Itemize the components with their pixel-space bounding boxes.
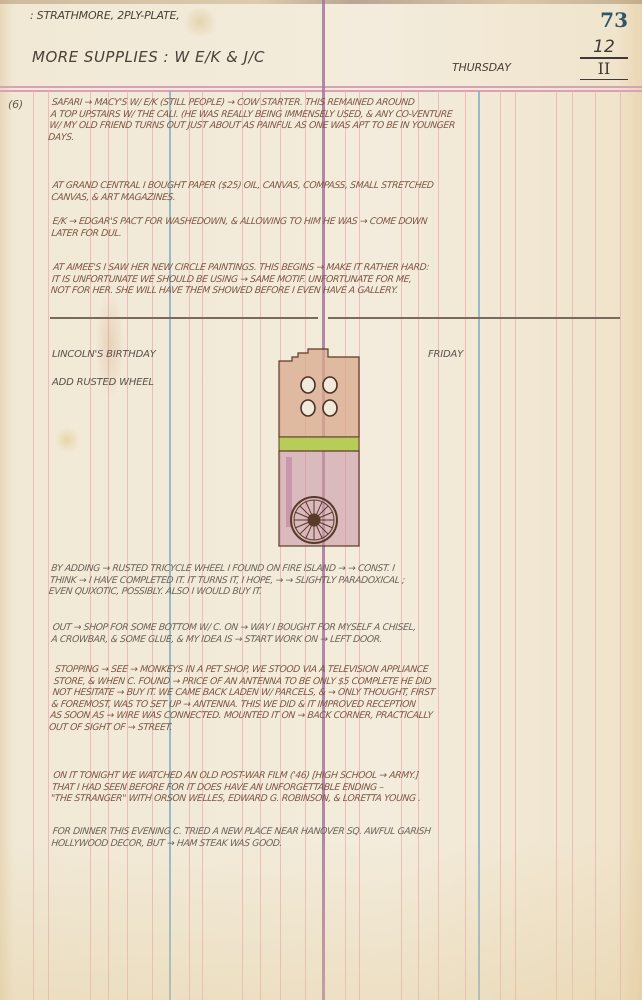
text-line: days. [48, 132, 455, 144]
entry-marker: (6) [8, 99, 23, 110]
paper-stain [180, 8, 220, 36]
page-top-edge [0, 0, 642, 4]
text-line: Hollywood decor, but → ham steak was goo… [51, 838, 430, 850]
thursday-paragraph-2: At Grand Central I bought paper ($25) oi… [51, 180, 434, 203]
day-label-thursday: Thursday [452, 62, 511, 73]
ruling-line [515, 91, 516, 1000]
text-line: At Grand Central I bought paper ($25) oi… [52, 180, 434, 192]
text-line: For dinner this evening C. tried a new p… [52, 826, 431, 838]
text-line: At Aimee's I saw her new Circle Painting… [53, 262, 430, 274]
text-line: not for her. She will have them showed b… [50, 285, 427, 297]
date-day: 12 [580, 38, 628, 56]
text-line: store, & when C. found → price of an ant… [53, 676, 437, 688]
supplies-note-line2: More supplies : w E/K & J/C [32, 50, 265, 65]
text-line: E/K → Edgar's pact for Washedown, & allo… [52, 216, 428, 228]
day-separator-left [50, 317, 318, 319]
text-line: It is unfortunate we should be using → s… [51, 274, 428, 286]
date-fraction: 12 II [580, 38, 628, 80]
text-line: Safari → Macy's w/ E/K (Still people) → … [51, 97, 458, 109]
text-line: "The Stranger" with Orson Welles, Edward… [50, 793, 421, 805]
text-line: a crowbar, & some glue, & my idea is → s… [51, 634, 415, 646]
thursday-paragraph-3: E/K → Edgar's pact for Washedown, & allo… [51, 216, 428, 239]
circle-window-icon [301, 400, 315, 416]
day-separator-right [328, 317, 620, 319]
header-double-rule-bottom [0, 90, 642, 92]
ruling-line [48, 91, 49, 1000]
text-line: as soon as → wire was connected. Mounted… [50, 710, 434, 722]
text-line: canvas, & art magazines. [51, 192, 433, 204]
ruling-line [500, 91, 501, 1000]
watercolor-sketch [278, 349, 360, 547]
ruling-line [556, 91, 557, 1000]
paper-stain [54, 428, 80, 452]
building-with-wheel-illustration [278, 349, 360, 547]
text-line: w/ my old friend turns out just about as… [49, 120, 456, 132]
thursday-paragraph-4: At Aimee's I saw her new Circle Painting… [50, 262, 429, 297]
circle-window-icon [301, 377, 315, 393]
text-line: not hesitate → buy it. We came back lade… [52, 687, 436, 699]
ruling-line [572, 91, 573, 1000]
ruling-line [465, 91, 466, 1000]
friday-paragraph-5: For dinner this evening C. tried a new p… [51, 826, 431, 849]
text-line: & foremost, was to set up → antenna. Thi… [51, 699, 435, 711]
supplies-note-line1: : Strathmore, 2ply-plate, [30, 10, 180, 21]
header-double-rule-top [0, 86, 642, 88]
text-line: even quixotic, possibly. Also I would bu… [48, 586, 404, 598]
friday-paragraph-2: Out → shop for some bottom w/ C. On → wa… [51, 622, 417, 645]
ruling-line [620, 91, 621, 1000]
friday-paragraph-4: On it tonight we watched an old post-war… [50, 770, 424, 805]
ruling-line [595, 91, 596, 1000]
text-line: think → I have completed it. It turns it… [49, 575, 405, 587]
building-upper-wash [279, 349, 359, 437]
task-note: Add Rusted Wheel [52, 378, 154, 388]
green-band [279, 437, 359, 451]
text-line: out of sight of → street. [48, 722, 432, 734]
text-line: Out → shop for some bottom w/ C. On → wa… [52, 622, 416, 634]
page-number: 73 [600, 8, 628, 32]
text-line: On it tonight we watched an old post-war… [53, 770, 424, 782]
text-line: That I had seen before for it does have … [51, 782, 422, 794]
notebook-page: : Strathmore, 2ply-plate, More supplies … [0, 0, 642, 1000]
text-line: A Top Upstairs w/ The Cali. (He was real… [50, 109, 457, 121]
text-line: By adding → rusted tricycle wheel I foun… [51, 563, 407, 575]
day-label-friday: Friday [428, 350, 463, 360]
circle-window-icon [323, 400, 337, 416]
text-line: later for dul. [51, 228, 427, 240]
text-line: Stopping → see → monkeys in a pet shop, … [54, 664, 438, 676]
ruling-line-blue [478, 91, 480, 1000]
ruling-line [33, 91, 34, 1000]
friday-paragraph-3: Stopping → see → monkeys in a pet shop, … [48, 664, 438, 733]
holiday-note: Lincoln's Birthday [52, 350, 156, 360]
tricycle-wheel-icon [291, 497, 337, 543]
circle-window-icon [323, 377, 337, 393]
date-month: II [580, 61, 628, 80]
thursday-paragraph-1: Safari → Macy's w/ E/K (Still people) → … [48, 97, 458, 143]
ruling-line [438, 91, 439, 1000]
friday-paragraph-1: By adding → rusted tricycle wheel I foun… [48, 563, 406, 598]
